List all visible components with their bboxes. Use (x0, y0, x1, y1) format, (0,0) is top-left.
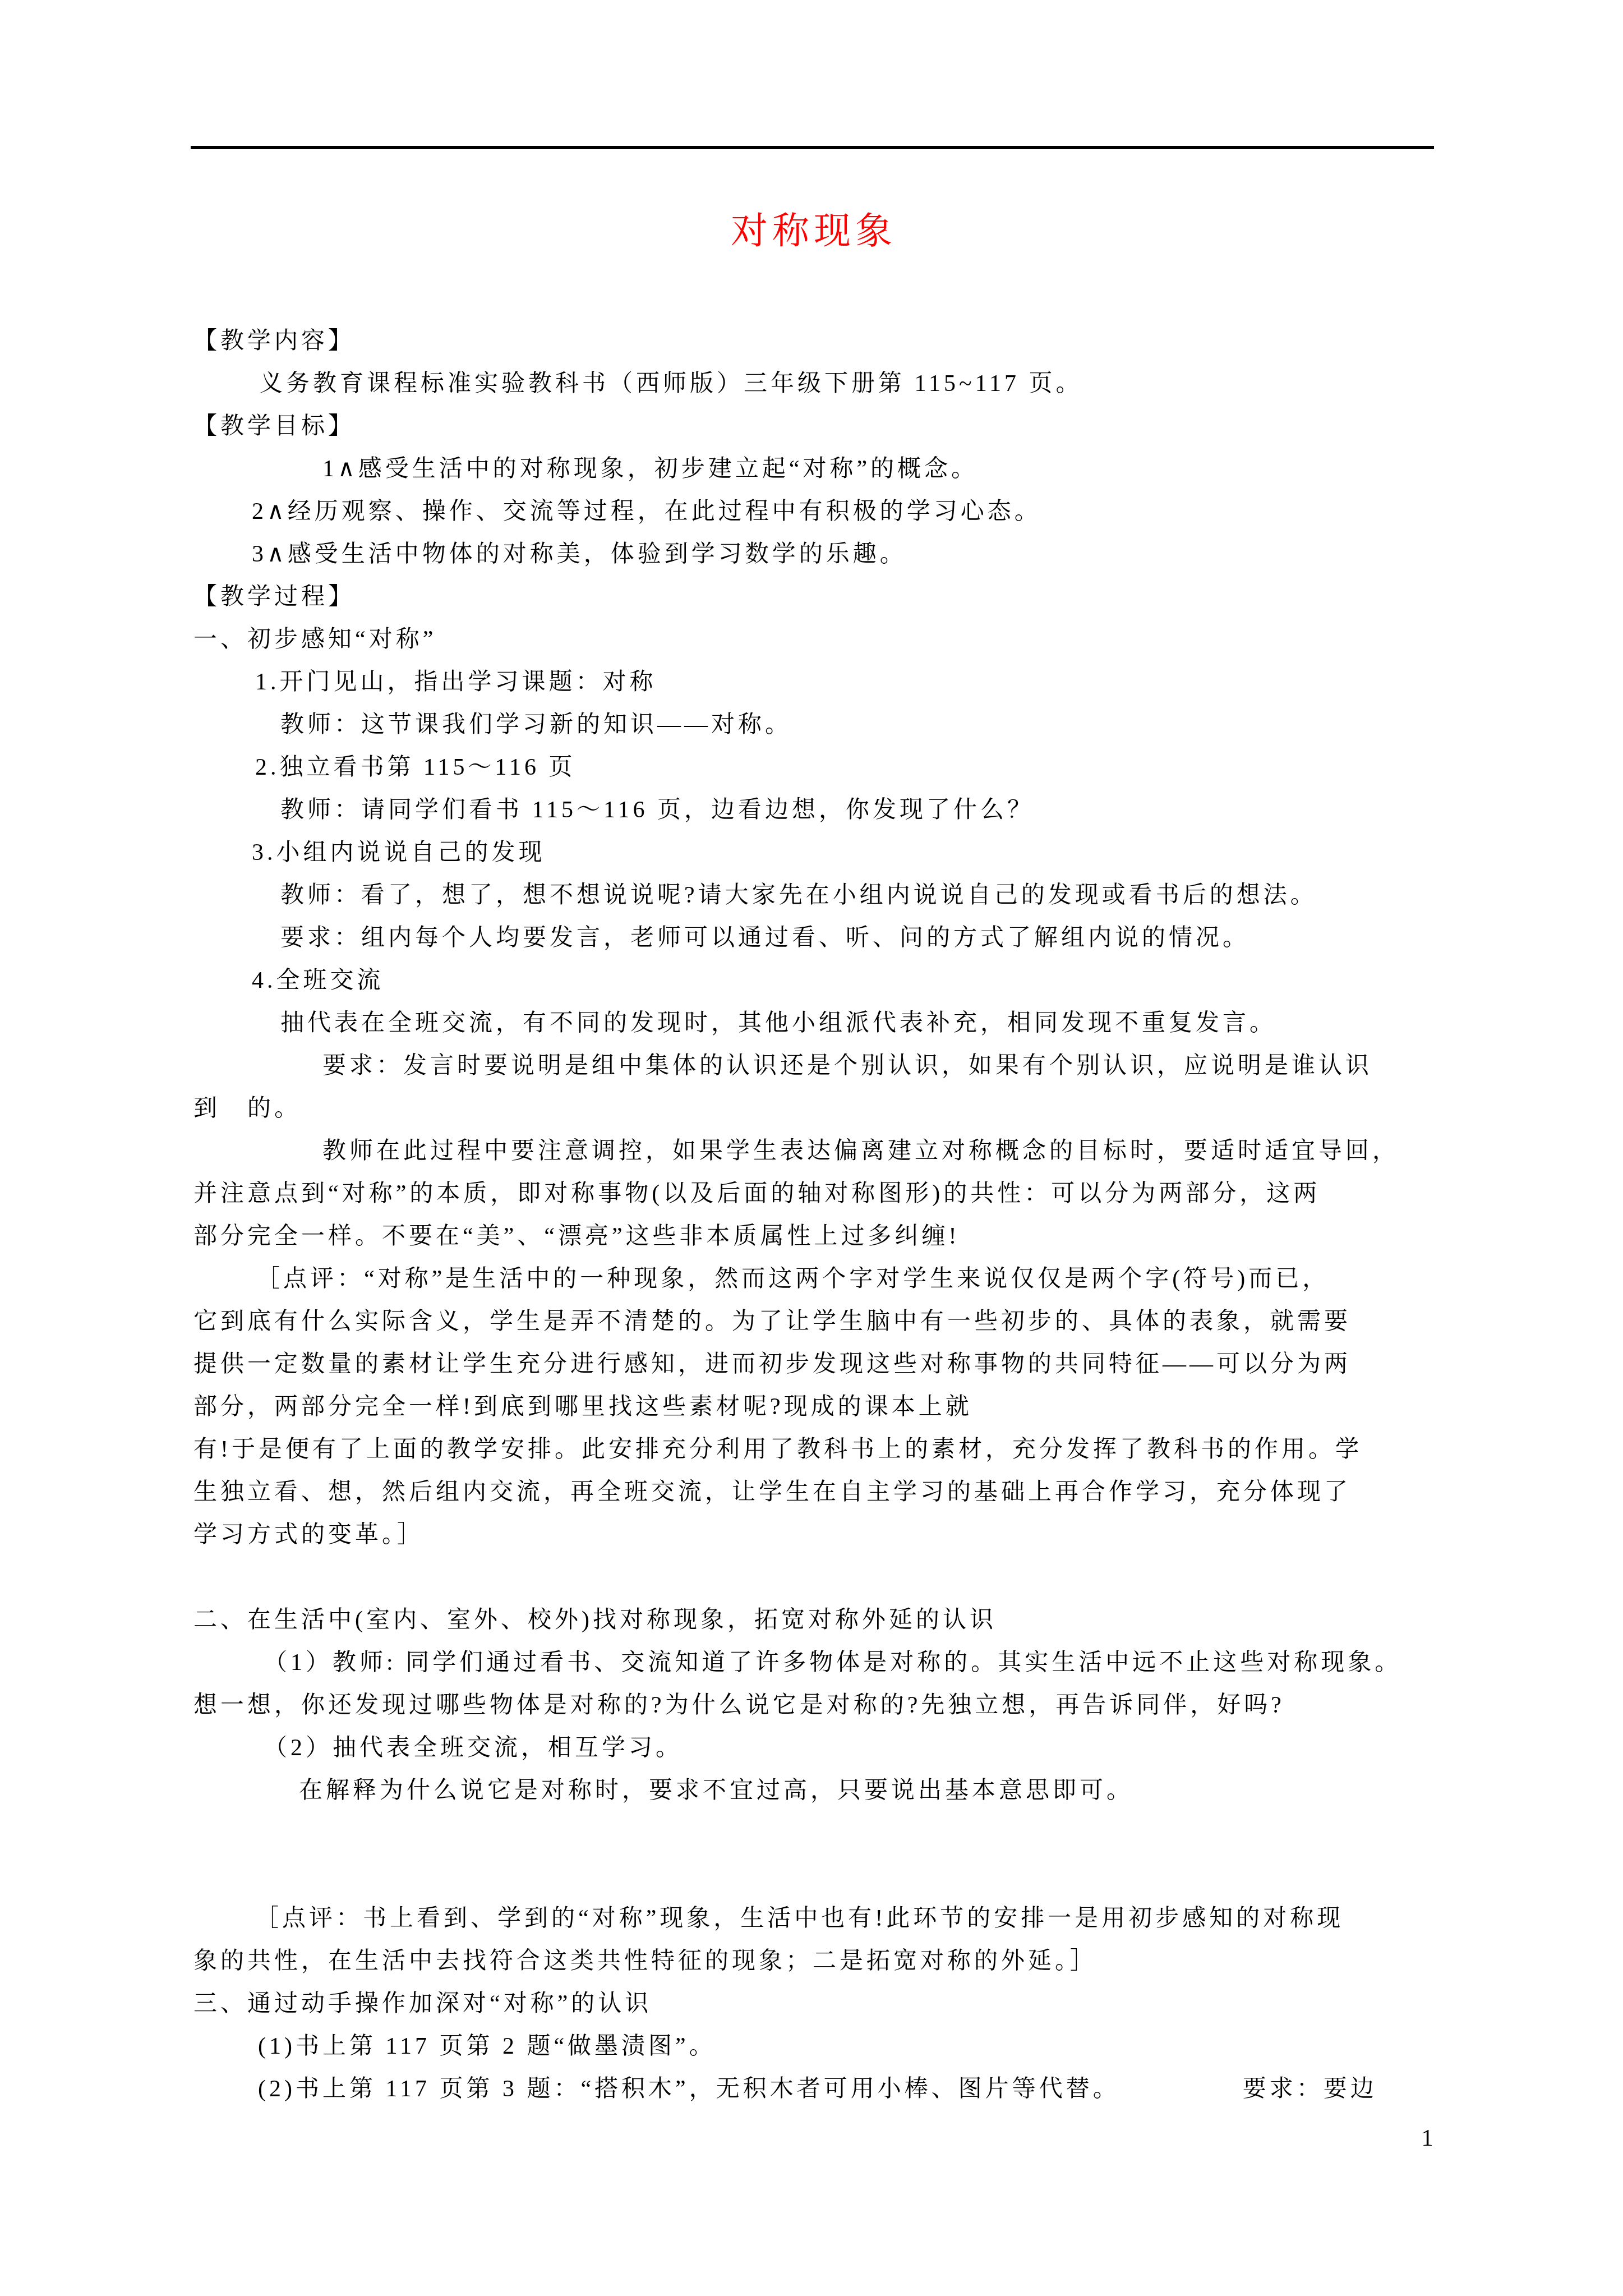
text-line: 象的共性，在生活中去找符合这类共性特征的现象；二是拓宽对称的外延。］ (193, 1940, 1461, 1982)
text-line: （1）教师: 同学们通过看书、交流知道了许多物体是对称的。其实生活中远不止这些对… (193, 1641, 1461, 1684)
text-line: 它到底有什么实际含义，学生是弄不清楚的。为了让学生脑中有一些初步的、具体的表象，… (193, 1300, 1461, 1343)
text-line: （2）抽代表全班交流，相互学习。 (193, 1727, 1461, 1769)
text-line: 学习方式的变革。］ (193, 1513, 1461, 1556)
text-line: 1∧感受生活中的对称现象，初步建立起“对称”的概念。 (193, 448, 1461, 490)
text-line: 三、通过动手操作加深对“对称”的认识 (193, 1982, 1461, 2025)
document-title: 对称现象 (193, 206, 1434, 257)
header-rule (191, 146, 1434, 149)
blank-line (193, 1855, 1461, 1897)
text-line: 抽代表在全班交流，有不同的发现时，其他小组派代表补充，相同发现不重复发言。 (193, 1002, 1461, 1045)
text-line: (1)书上第 117 页第 2 题“做墨渍图”。 (193, 2025, 1461, 2068)
text-line: 2∧经历观察、操作、交流等过程，在此过程中有积极的学习心态。 (193, 490, 1461, 533)
text-line: ［点评：书上看到、学到的“对称”现象，生活中也有!此环节的安排一是用初步感知的对… (193, 1897, 1461, 1940)
document-page: 对称现象 【教学内容】义务教育课程标准实验教科书（西师版）三年级下册第 115~… (0, 0, 1623, 2296)
text-line: 部分，两部分完全一样!到底到哪里找这些素材呢?现成的课本上就 (193, 1386, 1461, 1428)
blank-line (193, 1556, 1461, 1599)
blank-line (193, 1812, 1461, 1855)
text-line: 提供一定数量的素材让学生充分进行感知，进而初步发现这些对称事物的共同特征——可以… (193, 1343, 1461, 1386)
text-line: 一、初步感知“对称” (193, 618, 1461, 661)
text-line: ［点评：“对称”是生活中的一种现象，然而这两个字对学生来说仅仅是两个字(符号)而… (193, 1258, 1461, 1300)
text-line: 教师：这节课我们学习新的知识——对称。 (193, 703, 1461, 746)
text-line: 义务教育课程标准实验教科书（西师版）三年级下册第 115~117 页。 (193, 362, 1461, 405)
text-line: 教师：请同学们看书 115～116 页，边看边想，你发现了什么？ (193, 789, 1461, 831)
page-number: 1 (1402, 2122, 1453, 2155)
text-line: 要求：组内每个人均要发言，老师可以通过看、听、问的方式了解组内说的情况。 (193, 917, 1461, 959)
text-line: 1.开门见山，指出学习课题：对称 (193, 661, 1461, 703)
text-line: 并注意点到“对称”的本质，即对称事物(以及后面的轴对称图形)的共性：可以分为两部… (193, 1172, 1461, 1215)
text-line: (2)书上第 117 页第 3 题：“搭积木”，无积木者可用小棒、图片等代替。 … (193, 2068, 1461, 2110)
text-line: 有!于是便有了上面的教学安排。此安排充分利用了教科书上的素材，充分发挥了教科书的… (193, 1428, 1461, 1471)
text-line: 部分完全一样。不要在“美”、“漂亮”这些非本质属性上过多纠缠! (193, 1215, 1461, 1258)
document-body: 【教学内容】义务教育课程标准实验教科书（西师版）三年级下册第 115~117 页… (193, 320, 1461, 2110)
text-line: 3∧感受生活中物体的对称美，体验到学习数学的乐趣。 (193, 533, 1461, 576)
text-line: 【教学内容】 (193, 320, 1461, 362)
text-line: 4.全班交流 (193, 959, 1461, 1002)
text-line: 在解释为什么说它是对称时，要求不宜过高，只要说出基本意思即可。 (193, 1769, 1461, 1812)
text-line: 想一想，你还发现过哪些物体是对称的?为什么说它是对称的?先独立想，再告诉同伴，好… (193, 1684, 1461, 1727)
text-line: 教师在此过程中要注意调控，如果学生表达偏离建立对称概念的目标时，要适时适宜导回， (193, 1130, 1461, 1172)
text-line: 生独立看、想，然后组内交流，再全班交流，让学生在自主学习的基础上再合作学习，充分… (193, 1471, 1461, 1513)
text-line: 【教学过程】 (193, 576, 1461, 618)
text-line: 【教学目标】 (193, 405, 1461, 448)
text-line: 2.独立看书第 115～116 页 (193, 746, 1461, 789)
text-line: 3.小组内说说自己的发现 (193, 831, 1461, 874)
text-line: 到 的。 (193, 1087, 1461, 1130)
text-line: 教师：看了，想了，想不想说说呢?请大家先在小组内说说自己的发现或看书后的想法。 (193, 874, 1461, 917)
text-line: 要求：发言时要说明是组中集体的认识还是个别认识，如果有个别认识，应说明是谁认识 (193, 1045, 1461, 1087)
text-line: 二、在生活中(室内、室外、校外)找对称现象，拓宽对称外延的认识 (193, 1599, 1461, 1641)
